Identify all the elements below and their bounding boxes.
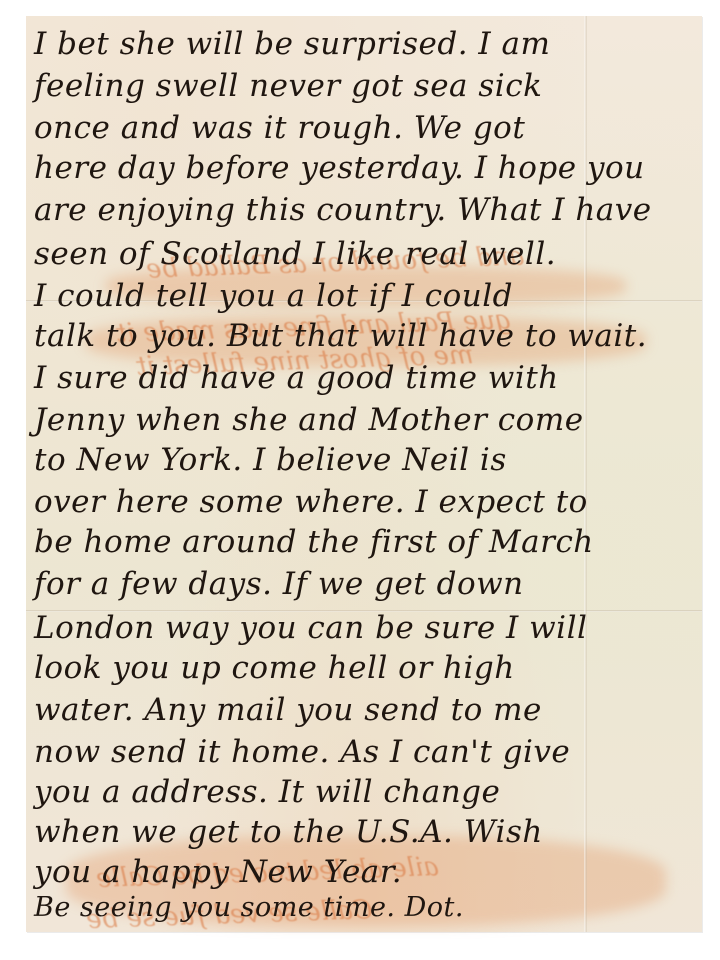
letter-line: be home around the first of March — [34, 524, 594, 560]
letter-line: to New York. I believe Neil is — [34, 442, 507, 478]
letter-line: I could tell you a lot if I could — [34, 278, 513, 314]
letter-line: for a few days. If we get down — [34, 566, 524, 602]
letter-line: I sure did have a good time with — [34, 360, 559, 396]
letter-line: London way you can be sure I will — [34, 610, 587, 646]
letter-line: over here some where. I expect to — [34, 484, 588, 520]
letter-line: look you up come hell or high — [34, 650, 515, 686]
letter-line: Be seeing you some time. Dot. — [34, 892, 464, 923]
letter-line: now send it home. As I can't give — [34, 734, 570, 770]
letter-line: seen of Scotland I like real well. — [34, 236, 556, 272]
letter-line: feeling swell never got sea sick — [34, 68, 542, 104]
letter-line: you a address. It will change — [34, 774, 500, 810]
letter-line: Jenny when she and Mother come — [34, 402, 584, 438]
letter-line: when we get to the U.S.A. Wish — [34, 814, 543, 850]
letter-line: talk to you. But that will have to wait. — [34, 318, 647, 354]
letter-line: I bet she will be surprised. I am — [34, 26, 550, 62]
letter-line: here day before yesterday. I hope you — [34, 150, 645, 186]
letter-line: water. Any mail you send to me — [34, 692, 542, 728]
letter-line: are enjoying this country. What I have — [34, 192, 652, 228]
letter-line: you a happy New Year. — [34, 854, 402, 890]
letter-line: once and was it rough. We got — [34, 110, 525, 146]
